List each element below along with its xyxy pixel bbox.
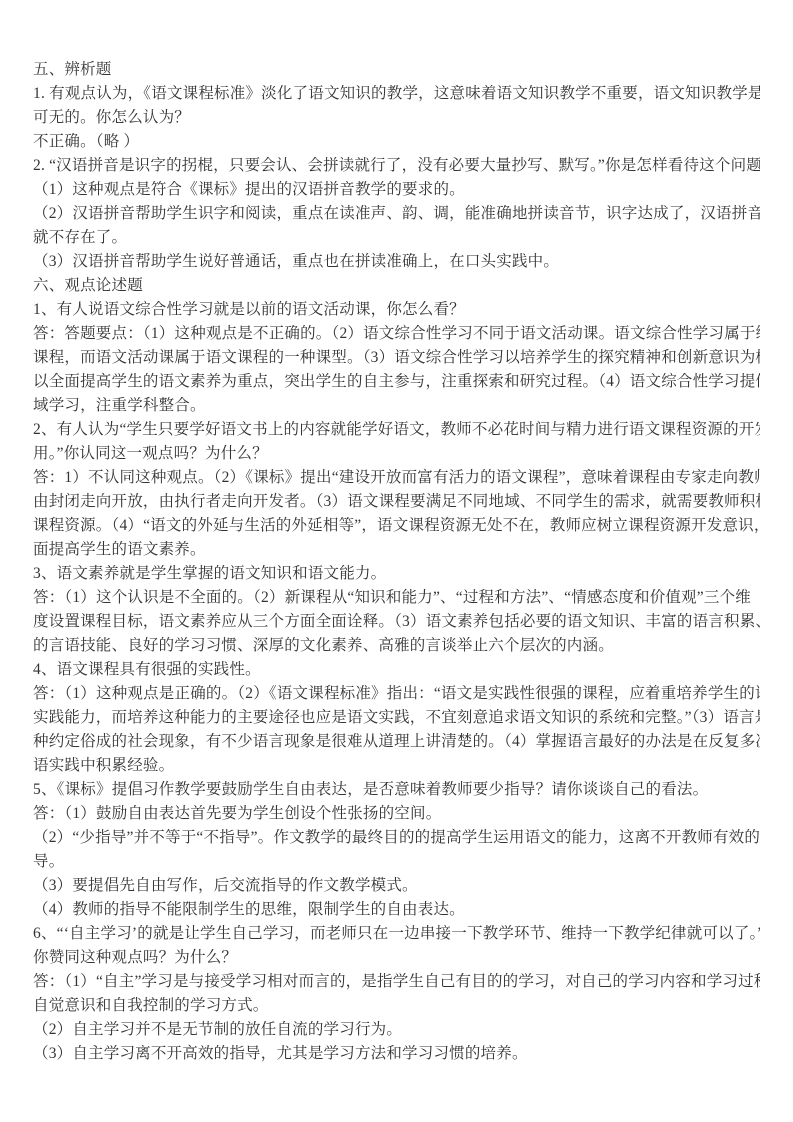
text-line: 面提高学生的语文素养。 [33,538,760,562]
text-line: 实践能力，而培养这种能力的主要途径也应是语文实践，不宜刻意追求语文知识的系统和完… [33,706,760,730]
text-line: 答：（1）这种观点是正确的。（2）《语文课程标准》指出：“语文是实践性很强的课程… [33,682,760,706]
text-line: 域学习，注重学科整合。 [33,394,760,418]
text-line: 1. 有观点认为，《语文课程标准》淡化了语文知识的教学，这意味着语文知识教学不重… [33,82,760,106]
text-line: 自觉意识和自我控制的学习方式。 [33,994,760,1018]
text-line: 导。 [33,850,760,874]
text-line: 答：1）不认同这种观点。（2）《课标》提出“建设开放而富有活力的语文课程”，意味… [33,466,760,490]
text-line: 答：（1）“自主”学习是与接受学习相对而言的，是指学生自己有目的的学习，对自己的… [33,970,760,994]
text-line: 以全面提高学生的语文素养为重点，突出学生的自主参与，注重探索和研究过程。（4）语… [33,370,760,394]
text-line: 2、有人认为“学生只要学好语文书上的内容就能学好语文，教师不必花时间与精力进行语… [33,418,760,442]
text-line: （4）教师的指导不能限制学生的思维，限制学生的自由表达。 [33,898,760,922]
text-line: （3）要提倡先自由写作，后交流指导的作文教学模式。 [33,874,760,898]
text-line: 课程资源。（4）“语文的外延与生活的外延相等”，语文课程资源无处不在，教师应树立… [33,514,760,538]
text-line: 答：答题要点：（1）这种观点是不正确的。（2）语文综合性学习不同于语文活动课。语… [33,322,760,346]
text-line: 的言语技能、良好的学习习惯、深厚的文化素养、高雅的言谈举止六个层次的内涵。 [33,634,760,658]
text-line: （2）自主学习并不是无节制的放任自流的学习行为。 [33,1018,760,1042]
text-line: （3）自主学习离不开高效的指导，尤其是学习方法和学习习惯的培养。 [33,1042,760,1066]
text-line: 你赞同这种观点吗？为什么？ [33,946,760,970]
text-line: 度设置课程目标，语文素养应从三个方面全面诠释。（3）语文素养包括必要的语文知识、… [33,610,760,634]
text-line: 种约定俗成的社会现象，有不少语言现象是很难从道理上讲清楚的。（4）掌握语言最好的… [33,730,760,754]
text-line: 2. “汉语拼音是识字的拐棍，只要会认、会拼读就行了，没有必要大量抄写、默写。”… [33,154,760,178]
text-line: （3）汉语拼音帮助学生说好普通话，重点也在拼读准确上，在口头实践中。 [33,250,760,274]
text-line: 答：（1）鼓励自由表达首先要为学生创设个性张扬的空间。 [33,802,760,826]
section-heading: 五、辨析题 [33,58,760,82]
text-line: 语实践中积累经验。 [33,754,760,778]
section-heading: 六、观点论述题 [33,274,760,298]
text-line: （1）这种观点是符合《课标》提出的汉语拼音教学的要求的。 [33,178,760,202]
text-line: （2）“少指导”并不等于“不指导”。作文教学的最终目的的提高学生运用语文的能力，… [33,826,760,850]
text-line: 6、“‘自主学习’的就是让学生自己学习，而老师只在一边串接一下教学环节、维持一下… [33,922,760,946]
text-line: 4、语文课程具有很强的实践性。 [33,658,760,682]
text-line: 5、《课标》提倡习作教学要鼓励学生自由表达，是否意味着教师要少指导？请你谈谈自己… [33,778,760,802]
text-line: 课程，而语文活动课属于语文课程的一种课型。（3）语文综合性学习以培养学生的探究精… [33,346,760,370]
document-page: 五、辨析题1. 有观点认为，《语文课程标准》淡化了语文知识的教学，这意味着语文知… [0,0,793,1122]
text-line: 1、有人说语文综合性学习就是以前的语文活动课，你怎么看？ [33,298,760,322]
text-line: 不正确。（略 ） [33,130,760,154]
text-line: 用。”你认同这一观点吗？为什么？ [33,442,760,466]
text-line: 3、语文素养就是学生掌握的语文知识和语文能力。 [33,562,760,586]
text-line: 答：（1）这个认识是不全面的。（2）新课程从“知识和能力”、“过程和方法”、“情… [33,586,760,610]
text-line: （2）汉语拼音帮助学生识字和阅读，重点在读准声、韵、调，能准确地拼读音节，识字达… [33,202,760,226]
text-line: 可无的。你怎么认为？ [33,106,760,130]
document-body: 五、辨析题1. 有观点认为，《语文课程标准》淡化了语文知识的教学，这意味着语文知… [33,58,760,1066]
text-line: 由封闭走向开放，由执行者走向开发者。（3）语文课程要满足不同地域、不同学生的需求… [33,490,760,514]
text-line: 就不存在了。 [33,226,760,250]
